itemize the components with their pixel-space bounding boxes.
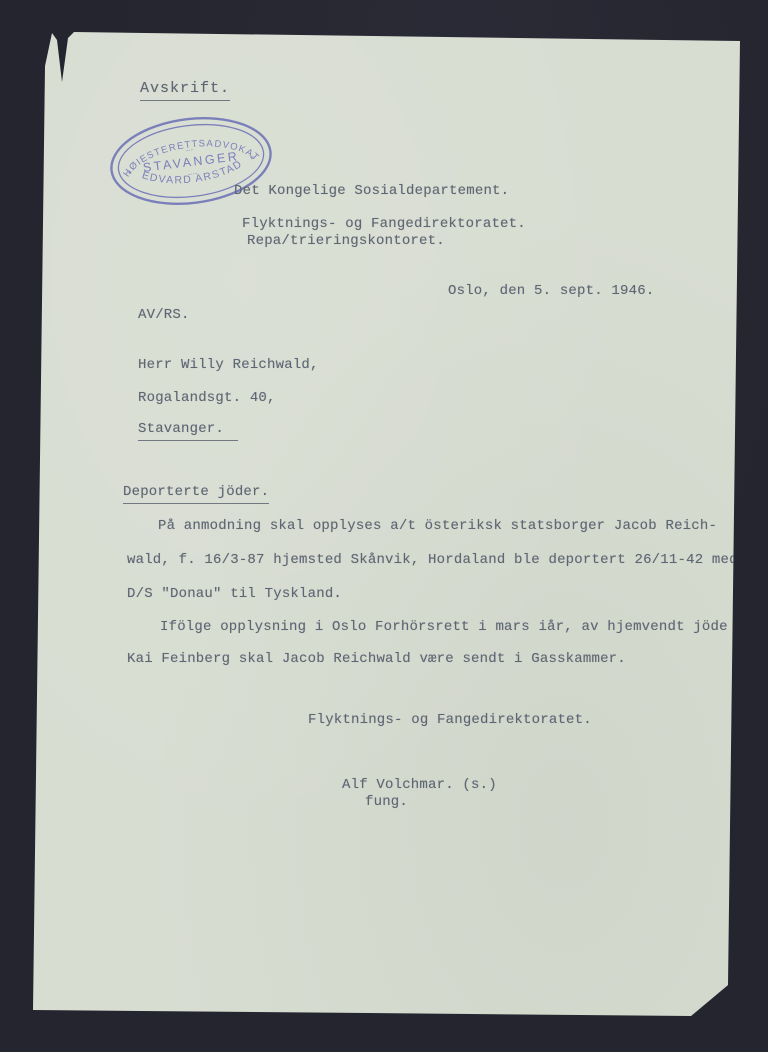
dateline: Oslo, den 5. sept. 1946. [448,282,654,300]
signature-line: Alf Volchmar. (s.) [342,776,497,794]
recipient-city-line: Stavanger. [138,420,238,441]
signature-title-line: fung. [365,793,408,811]
body-line-3: D/S "Donau" til Tyskland. [127,585,342,603]
body-line-5: Kai Feinberg skal Jacob Reichwald være s… [127,650,626,668]
recipient-name-line: Herr Willy Reichwald, [138,356,319,374]
body-line-2: wald, f. 16/3-87 hjemsted Skånvik, Horda… [127,551,738,569]
recipient-street-line: Rogalandsgt. 40, [138,389,276,407]
reference-initials: AV/RS. [138,306,190,324]
body-line-1: På anmodning skal opplyses a/t österiksk… [158,517,717,535]
sender-directorate-line: Flyktnings- og Fangedirektoratet. [242,215,526,233]
sender-department-line: Det Kongelige Sosialdepartement. [234,182,509,200]
body-line-4: Ifölge opplysning i Oslo Forhörsrett i m… [160,618,728,636]
closing-organization-line: Flyktnings- og Fangedirektoratet. [308,711,592,729]
copy-label: Avskrift. [140,80,230,101]
folded-corner [685,978,733,1022]
document-scan: { "colors": { "background": "#25252f", "… [0,0,768,1052]
subject-line: Deporterte jöder. [123,483,269,504]
sender-office-line: Repa/trieringskontoret. [247,232,445,250]
letter-paper: Avskrift. HØIESTERETTSADVOKAT -·- STAVAN… [30,30,742,1022]
